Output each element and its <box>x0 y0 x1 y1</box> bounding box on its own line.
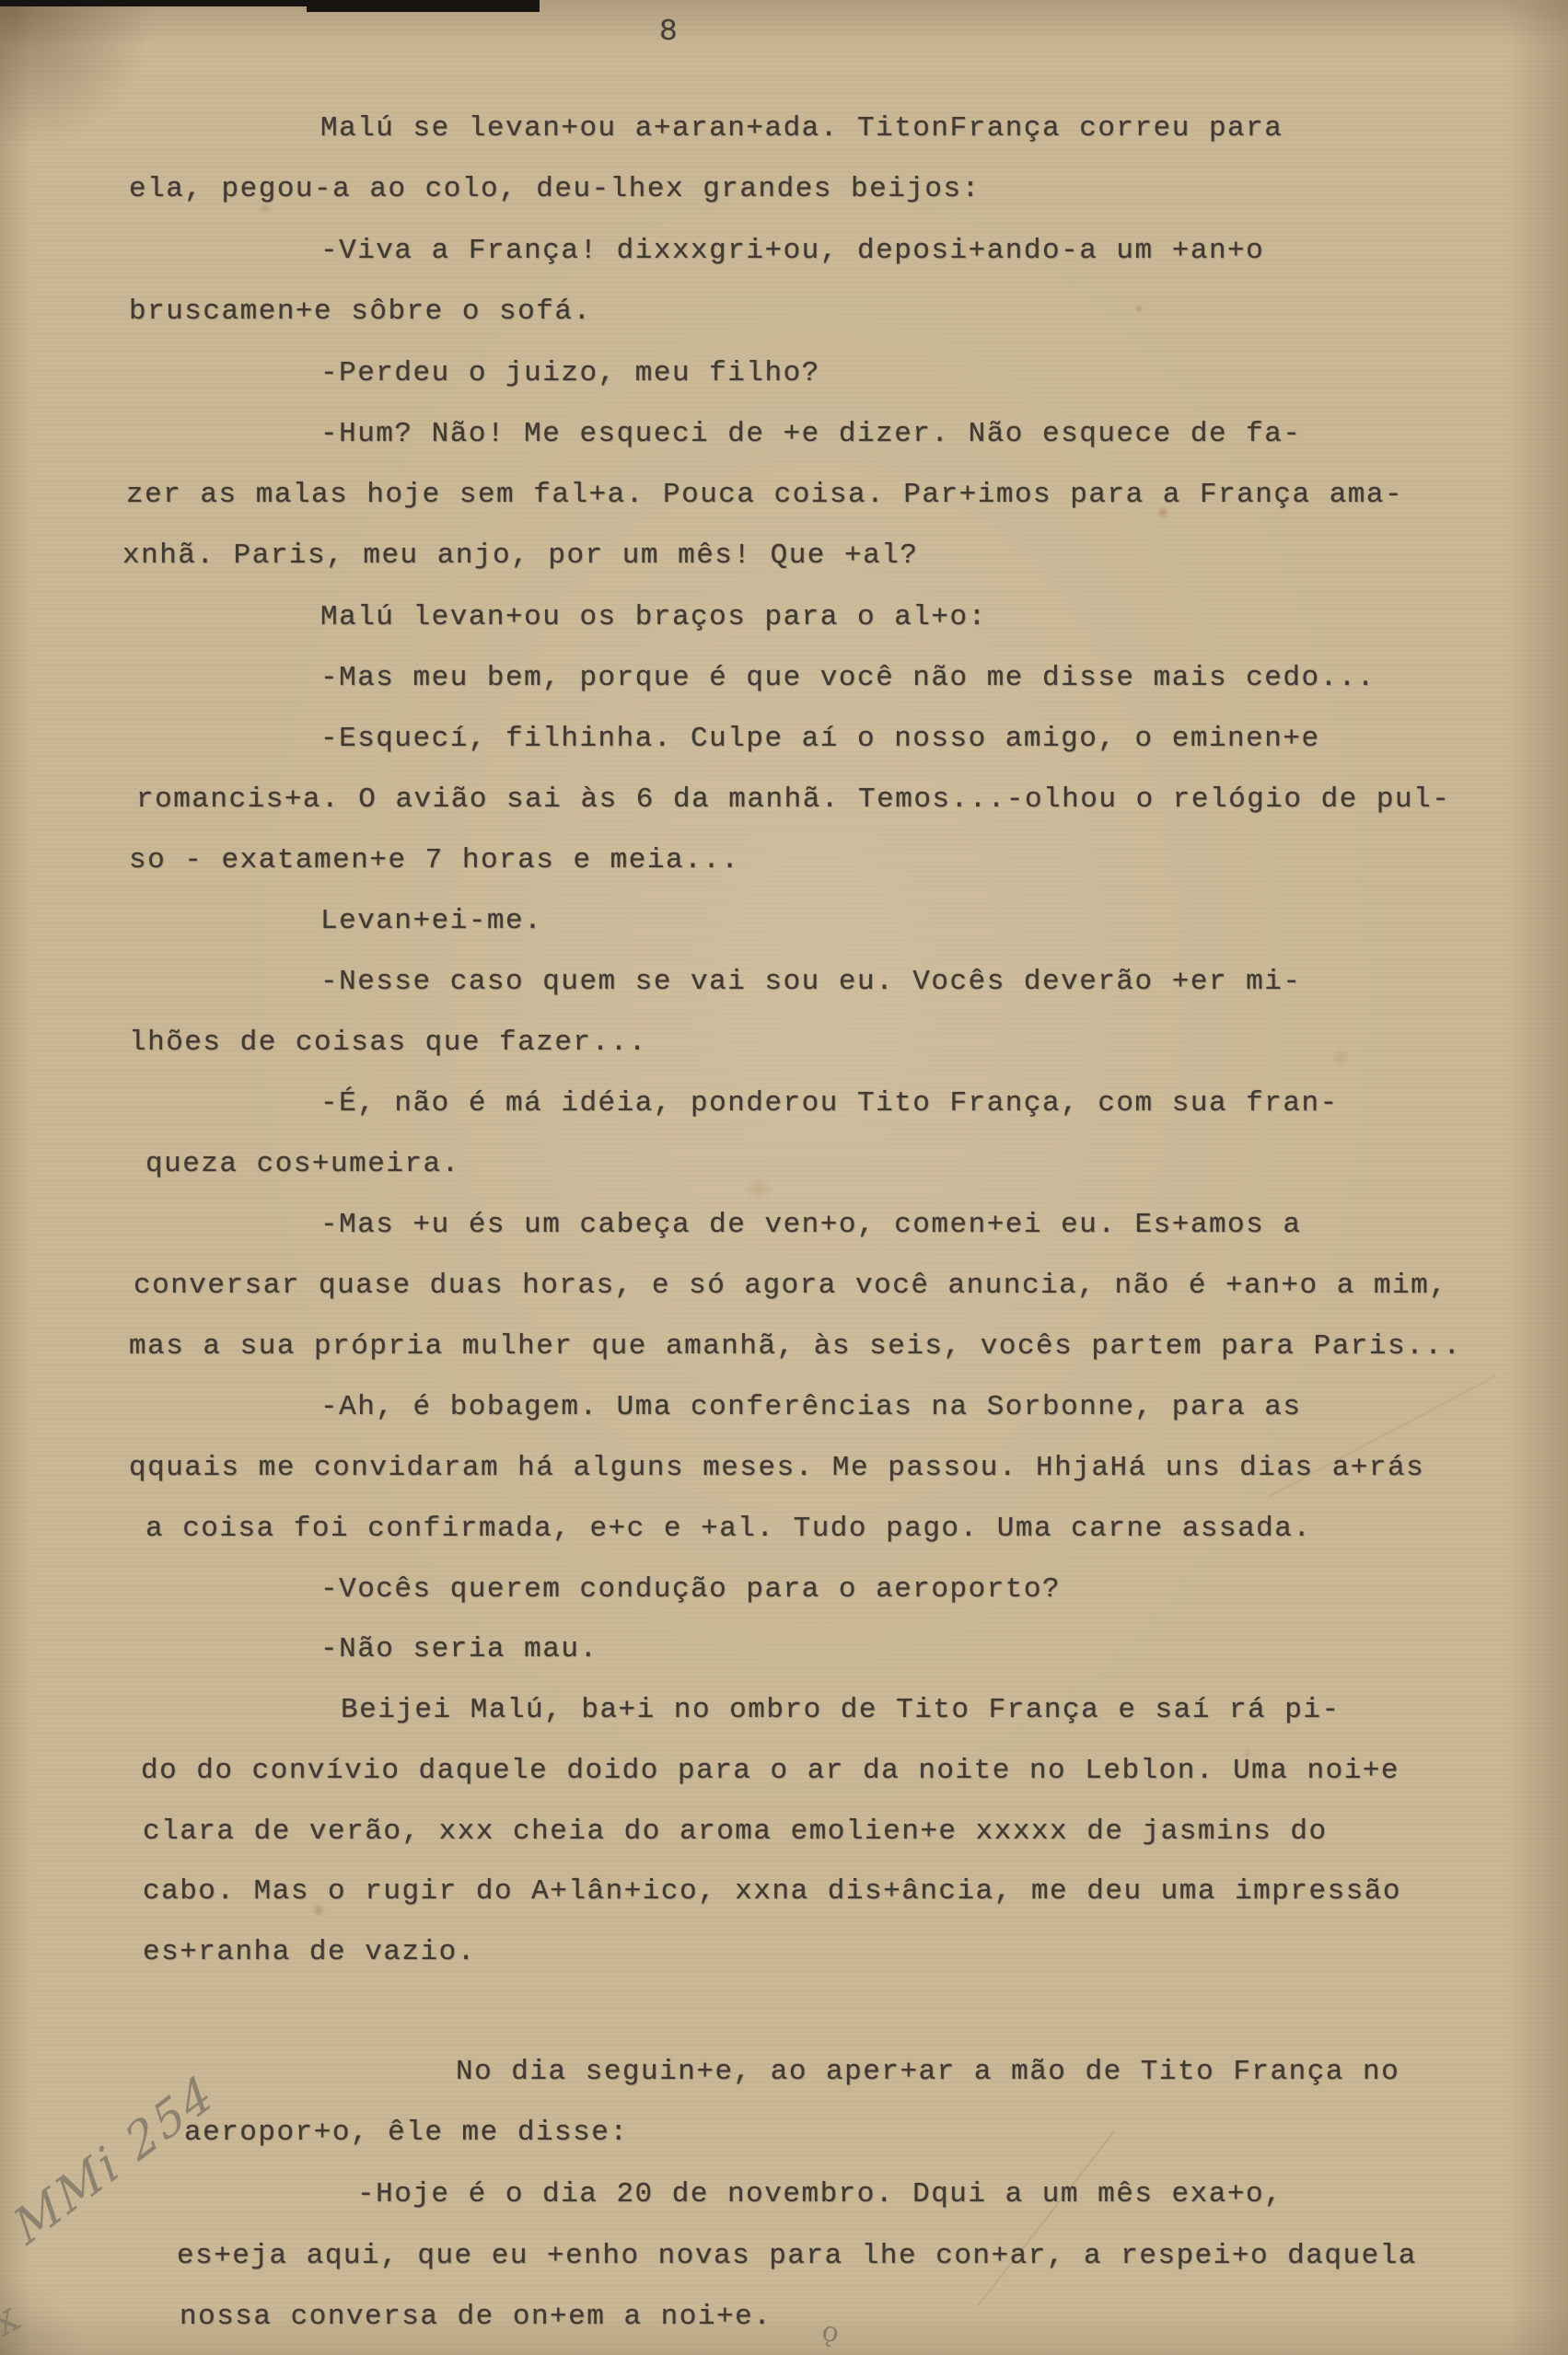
typed-line: Malú se levan+ou a+aran+ada. TitonFrança… <box>320 107 1283 151</box>
typed-line: -Esquecí, filhinha. Culpe aí o nosso ami… <box>320 717 1320 761</box>
typed-line: mas a sua própria mulher que amanhã, às … <box>129 1325 1461 1369</box>
typed-line: -Nesse caso quem se vai sou eu. Vocês de… <box>320 960 1301 1004</box>
paper-crease <box>977 2131 1114 2306</box>
typed-line: -Mas meu bem, porque é que você não me d… <box>320 656 1376 701</box>
typed-line: es+eja aqui, que eu +enho novas para lhe… <box>177 2234 1417 2279</box>
typed-line: -Viva a França! dixxxgri+ou, deposi+ando… <box>320 229 1264 273</box>
typed-line: No dia seguin+e, ao aper+ar a mão de Tit… <box>456 2050 1400 2094</box>
typed-line: Levan+ei-me. <box>320 899 542 944</box>
pencil-x-mark: x <box>0 2291 28 2347</box>
typed-line: xnhã. Paris, meu anjo, por um mês! Que +… <box>122 534 918 578</box>
typed-line: lhões de coisas que fazer... <box>129 1021 647 1065</box>
typed-line: -Mas +u és um cabeça de ven+o, comen+ei … <box>320 1203 1301 1247</box>
typed-line: so - exatamen+e 7 horas e meia... <box>129 839 739 883</box>
typed-line: -Vocês querem condução para o aeroporto? <box>320 1568 1061 1612</box>
typed-line: -É, não é má idéia, ponderou Tito França… <box>320 1082 1339 1126</box>
typed-line: bruscamen+e sôbre o sofá. <box>129 290 592 334</box>
typed-line: -Hoje é o dia 20 de novembro. Dqui a um … <box>357 2173 1283 2217</box>
handwritten-archive-note: MMi 254 <box>6 2064 224 2256</box>
typed-line: ela, pegou-a ao colo, deu-lhex grandes b… <box>129 168 981 212</box>
typed-line: Malú levan+ou os braços para o al+o: <box>320 596 987 640</box>
typed-line: nossa conversa de on+em a noi+e. <box>180 2295 772 2339</box>
typed-line: cabo. Mas o rugir do A+lân+ico, xxna dis… <box>143 1870 1401 1914</box>
fox-spot <box>1134 304 1144 313</box>
typed-line: es+ranha de vazio. <box>143 1931 476 1975</box>
scan-edge-notch <box>307 0 540 12</box>
typed-line: -Perdeu o juizo, meu filho? <box>320 352 820 396</box>
typed-line: zer as malas hoje sem fal+a. Pouca coisa… <box>126 473 1403 517</box>
fox-spot <box>1330 1050 1351 1066</box>
typed-line: -Hum? Não! Me esqueci de +e dizer. Não e… <box>320 412 1301 457</box>
typed-line: qquais me convidaram há alguns meses. Me… <box>129 1446 1424 1491</box>
typescript-page: 8 Malú se levan+ou a+aran+ada. TitonFran… <box>0 0 1568 2355</box>
typed-line: -Não seria mau. <box>320 1628 598 1672</box>
pencil-squiggle: ǫ <box>819 2315 842 2350</box>
typed-line: romancis+a. O avião sai às 6 da manhã. T… <box>136 778 1450 822</box>
typed-line: -Ah, é bobagem. Uma conferências na Sorb… <box>320 1386 1301 1430</box>
typed-line: a coisa foi confirmada, e+c e +al. Tudo … <box>145 1507 1312 1551</box>
page-number: 8 <box>659 15 678 49</box>
typed-line: clara de verão, xxx cheia do aroma emoli… <box>143 1810 1328 1854</box>
typed-line: aeropor+o, êle me disse: <box>184 2111 628 2155</box>
typed-line: do do convívio daquele doido para o ar d… <box>141 1749 1400 1793</box>
typed-line: Beijei Malú, ba+i no ombro de Tito Franç… <box>341 1688 1341 1733</box>
typed-line: conversar quase duas horas, e só agora v… <box>134 1264 1447 1308</box>
typed-line: queza cos+umeira. <box>145 1143 460 1187</box>
fox-spot <box>741 1177 776 1201</box>
